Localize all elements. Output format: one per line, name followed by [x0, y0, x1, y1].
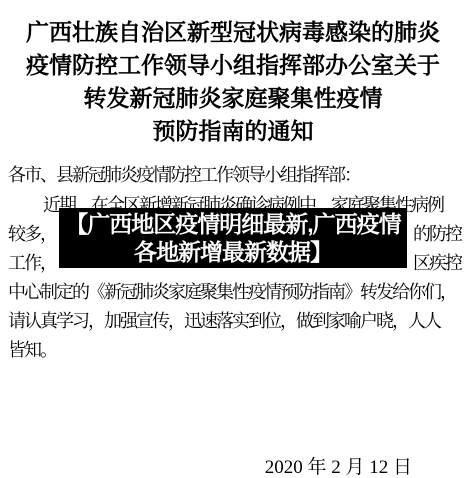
body-line-3-left-fragment: 较多，: [8, 223, 56, 245]
salutation-line: 各市、县新冠肺炎疫情防控工作领导小组指挥部：: [8, 164, 360, 186]
watermark-overlay-line-1: 【广西地区疫情明细最新,广西疫情: [65, 210, 400, 238]
body-line-6: 请认真学习，加强宣传，迅速落实到位，做到家喻户晓，人人: [8, 310, 440, 332]
notice-title: 广西壮族自治区新型冠状病毒感染的肺炎 疫情防控工作领导小组指挥部办公室关于 转发…: [0, 16, 466, 148]
body-line-4-right-fragment: 区疾控: [413, 252, 461, 274]
body-line-7: 皆知。: [8, 339, 56, 361]
body-line-4-left-fragment: 工作，: [8, 252, 56, 274]
watermark-overlay-line-2: 各地新增最新数据】: [134, 238, 332, 266]
notice-title-line-2: 疫情防控工作领导小组指挥部办公室关于: [0, 49, 466, 82]
body-line-5: 中心制定的《新冠肺炎家庭聚集性疫情预防指南》转发给你们，: [8, 281, 456, 303]
body-line-3-right-fragment: 的防控: [413, 223, 461, 245]
document-date: 2020 年 2 月 12 日: [265, 452, 412, 478]
notice-title-line-4: 预防指南的通知: [0, 115, 466, 148]
notice-title-line-1: 广西壮族自治区新型冠状病毒感染的肺炎: [0, 16, 466, 49]
notice-document-page: 广西壮族自治区新型冠状病毒感染的肺炎 疫情防控工作领导小组指挥部办公室关于 转发…: [0, 0, 466, 478]
notice-title-line-3: 转发新冠肺炎家庭聚集性疫情: [0, 82, 466, 115]
watermark-overlay-box: 【广西地区疫情明细最新,广西疫情 各地新增最新数据】: [59, 208, 407, 268]
